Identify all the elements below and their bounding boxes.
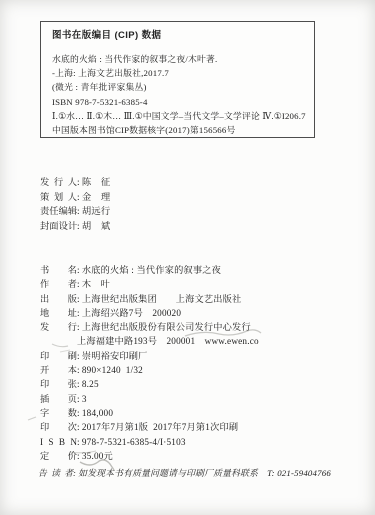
cip-line: Ⅰ.①水… Ⅱ.①木… Ⅲ.①中国文学–当代文学–文学评论 Ⅳ.①I206.7 — [52, 109, 303, 123]
colophon-row: 开本: 890×1240 1/32 — [40, 363, 259, 377]
colophon-row: 作者: 木 叶 — [40, 277, 259, 291]
cip-line: (微光 : 青年批评家集丛) — [52, 80, 303, 94]
colophon-row: 发行: 上海世纪出版股份有限公司发行中心发行 — [40, 320, 259, 334]
colophon-value: 890×1240 1/32 — [82, 365, 143, 375]
colophon-value: 上海世纪出版股份有限公司发行中心发行 — [82, 322, 251, 332]
colophon-value: 水底的火焰 : 当代作家的叙事之夜 — [82, 265, 221, 275]
colophon-value: 上海福建中路193号 200001 www.ewen.co — [77, 336, 259, 346]
colophon-row: 书名: 水底的火焰 : 当代作家的叙事之夜 — [40, 263, 259, 277]
staff-label: 责任编辑 — [40, 205, 77, 220]
colophon-value: 上海世纪出版集团 上海文艺出版社 — [82, 294, 242, 304]
staff-label: 封面设计 — [40, 220, 77, 235]
reader-notice: 告读者: 如发现本书有质量问题请与印刷厂质量科联系 T: 021-5940476… — [38, 466, 331, 480]
cip-lines: 水底的火焰 : 当代作家的叙事之夜/木叶著. -上海: 上海文艺出版社,2017… — [52, 52, 303, 137]
staff-row: 封面设计: 胡 斌 — [40, 220, 110, 235]
colophon-row: 出版: 上海世纪出版集团 上海文艺出版社 — [40, 292, 259, 306]
colophon-label: 印张 — [40, 377, 77, 391]
colophon-label: 出版 — [40, 292, 77, 306]
cip-line: ISBN 978-7-5321-6385-4 — [52, 95, 303, 109]
staff-row: 发行人: 陈 征 — [40, 176, 110, 191]
colophon-row: 印张: 8.25 — [40, 377, 259, 391]
cip-line: 中国版本图书馆CIP数据核字(2017)第156566号 — [52, 123, 303, 137]
colophon-label: 书名 — [40, 263, 77, 277]
notice-value: 如发现本书有质量问题请与印刷厂质量科联系 T: 021-59404766 — [78, 468, 331, 478]
staff-value: 陈 征 — [82, 178, 111, 188]
staff-row: 策划人: 金 理 — [40, 191, 110, 206]
colophon-row: 地址: 上海绍兴路7号 200020 — [40, 306, 259, 320]
colophon-row: 字数: 184,000 — [40, 406, 259, 420]
staff-value: 胡 斌 — [82, 222, 111, 232]
colophon-value: 8.25 — [82, 379, 99, 389]
colophon-label: 定价 — [40, 449, 77, 463]
colophon-label: 插页 — [40, 392, 77, 406]
staff-block: 发行人: 陈 征 策划人: 金 理 责任编辑: 胡远行 封面设计: 胡 斌 — [40, 176, 110, 234]
colophon-row: 印刷: 崇明裕安印刷厂 — [40, 349, 259, 363]
colophon-value: 184,000 — [82, 408, 113, 418]
colophon-row: 定价: 35.00元 — [40, 449, 259, 463]
colophon-value: 978-7-5321-6385-4/I·5103 — [82, 437, 186, 447]
cip-data-box: 图书在版编目 (CIP) 数据 水底的火焰 : 当代作家的叙事之夜/木叶著. -… — [40, 21, 315, 138]
colophon-page: 图书在版编目 (CIP) 数据 水底的火焰 : 当代作家的叙事之夜/木叶著. -… — [0, 0, 375, 515]
notice-label: 告读者 — [38, 466, 73, 480]
colophon-block: 书名: 水底的火焰 : 当代作家的叙事之夜 作者: 木 叶 出版: 上海世纪出版… — [40, 263, 259, 463]
colophon-label: 发行 — [40, 320, 77, 334]
staff-label: 发行人 — [40, 176, 77, 191]
colophon-value: 崇明裕安印刷厂 — [82, 351, 148, 361]
colophon-label: 作者 — [40, 277, 77, 291]
colophon-value: 3 — [82, 394, 87, 404]
staff-row: 责任编辑: 胡远行 — [40, 205, 110, 220]
colophon-label: 印刷 — [40, 349, 77, 363]
colophon-label: 地址 — [40, 306, 77, 320]
staff-value: 胡远行 — [82, 207, 111, 217]
cip-line: 水底的火焰 : 当代作家的叙事之夜/木叶著. — [52, 52, 303, 66]
colophon-row: 印次: 2017年7月第1版 2017年7月第1次印刷 — [40, 420, 259, 434]
colophon-row: I S B N: 978-7-5321-6385-4/I·5103 — [40, 435, 259, 449]
colophon-value: 35.00元 — [82, 451, 113, 461]
colophon-row: 插页: 3 — [40, 392, 259, 406]
colophon-label: 字数 — [40, 406, 77, 420]
colophon-value: 2017年7月第1版 2017年7月第1次印刷 — [82, 422, 238, 432]
colophon-label: 印次 — [40, 420, 77, 434]
colophon-label: 开本 — [40, 363, 77, 377]
cip-line: -上海: 上海文艺出版社,2017.7 — [52, 66, 303, 80]
colophon-row: 上海福建中路193号 200001 www.ewen.co — [40, 334, 259, 348]
staff-label: 策划人 — [40, 191, 77, 206]
colophon-value: 木 叶 — [82, 279, 110, 289]
cip-title: 图书在版编目 (CIP) 数据 — [52, 30, 303, 41]
staff-value: 金 理 — [82, 193, 111, 203]
colophon-label: I S B N — [40, 435, 77, 449]
colophon-value: 上海绍兴路7号 200020 — [82, 308, 181, 318]
